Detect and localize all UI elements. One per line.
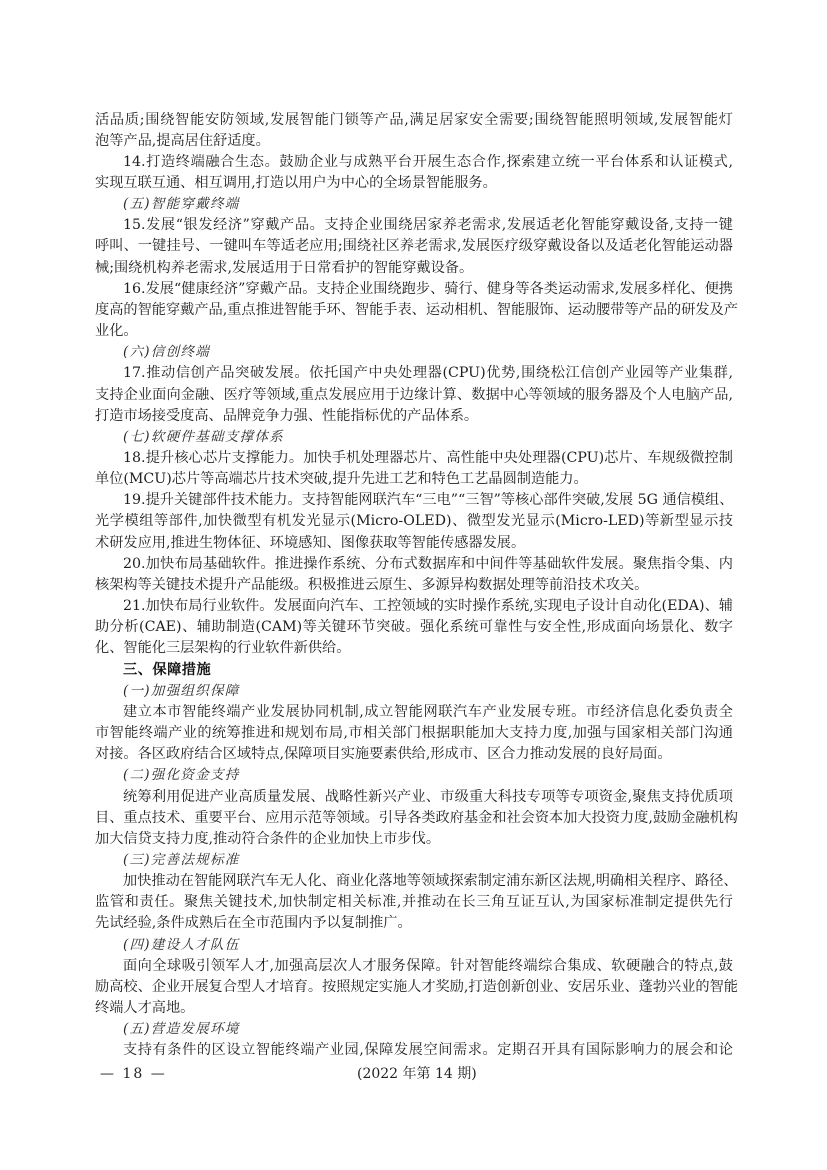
text-line: 面向全球吸引领军人才,加强高层次人才服务保障。针对智能终端综合集成、软硬融合的特… [95, 956, 733, 977]
item-19: 19.提升关键部件技术能力。支持智能网联汽车“三电”“三智”等核心部件突破,发展… [95, 490, 733, 553]
item-14: 14.打造终端融合生态。鼓励企业与成熟平台开展生态合作,探索建立统一平台体系和认… [95, 152, 733, 194]
text-line: 18.提升核心芯片支撑能力。加快手机处理器芯片、高性能中央处理器(CPU)芯片、… [95, 448, 733, 469]
text-line: 目、重点技术、重要平台、应用示范等领域。引导各类政府基金和社会资本加大投资力度,… [95, 808, 733, 829]
text-line: 21.加快布局行业软件。发展面向汽车、工控领域的实时操作系统,实现电子设计自动化… [95, 596, 733, 617]
text-line: 光学模组等部件,加快微型有机发光显示(Micro-OLED)、微型发光显示(Mi… [95, 511, 733, 532]
item-16: 16.发展“健康经济”穿戴产品。支持企业围绕跑步、骑行、健身等各类运动需求,发展… [95, 279, 733, 342]
text-line: 对接。各区政府结合区域特点,保障项目实施要素供给,形成市、区合力推动发展的良好局… [95, 744, 733, 765]
subheading-xinchuang: (六)信创终端 [95, 342, 733, 363]
document-page: 活品质;围绕智能安防领域,发展智能门锁等产品,满足居家安全需要;围绕智能照明领域… [0, 0, 827, 1170]
paragraph-continuation: 活品质;围绕智能安防领域,发展智能门锁等产品,满足居家安全需要;围绕智能照明领域… [95, 110, 733, 152]
text-line: 19.提升关键部件技术能力。支持智能网联汽车“三电”“三智”等核心部件突破,发展… [95, 490, 733, 511]
item-18: 18.提升核心芯片支撑能力。加快手机处理器芯片、高性能中央处理器(CPU)芯片、… [95, 448, 733, 490]
text-line: 励高校、企业开展复合型人才培育。按照规定实施人才奖励,打造创新创业、安居乐业、蓬… [95, 977, 733, 998]
subheading-funding: (二)强化资金支持 [95, 765, 733, 786]
paragraph-organization: 建立本市智能终端产业发展协同机制,成立智能网联汽车产业发展专班。市经济信息化委负… [95, 702, 733, 765]
text-line: 支持有条件的区设立智能终端产业园,保障发展空间需求。定期召开具有国际影响力的展会… [95, 1040, 733, 1061]
item-15: 15.发展“银发经济”穿戴产品。支持企业围绕居家养老需求,发展适老化智能穿戴设备… [95, 215, 733, 278]
text-line: 活品质;围绕智能安防领域,发展智能门锁等产品,满足居家安全需要;围绕智能照明领域… [95, 110, 733, 131]
subheading-environment: (五)营造发展环境 [95, 1019, 733, 1040]
issue-label: (2022 年第 14 期) [357, 1063, 477, 1085]
paragraph-regulations: 加快推动在智能网联汽车无人化、商业化落地等领域探索制定浦东新区法规,明确相关程序… [95, 871, 733, 934]
page-number: — 18 — [100, 1063, 167, 1085]
text-line: 支持企业面向金融、医疗等领域,重点发展应用于边缘计算、数据中心等领域的服务器及个… [95, 385, 733, 406]
text-line: 先试经验,条件成熟后在全市范围内予以复制推广。 [95, 913, 733, 934]
text-line: 实现互联互通、相互调用,打造以用户为中心的全场景智能服务。 [95, 173, 733, 194]
text-line: 统筹利用促进产业高质量发展、战略性新兴产业、市级重大科技专项等专项资金,聚焦支持… [95, 787, 733, 808]
text-line: 16.发展“健康经济”穿戴产品。支持企业围绕跑步、骑行、健身等各类运动需求,发展… [95, 279, 733, 300]
item-20: 20.加快布局基础软件。推进操作系统、分布式数据库和中间件等基础软件发展。聚焦指… [95, 554, 733, 596]
subheading-organization: (一)加强组织保障 [95, 681, 733, 702]
text-line: 核架构等关键技术提升产品能级。积极推进云原生、多源异构数据处理等前沿技术攻关。 [95, 575, 733, 596]
text-line: 14.打造终端融合生态。鼓励企业与成熟平台开展生态合作,探索建立统一平台体系和认… [95, 152, 733, 173]
text-line: 打造市场接受度高、品牌竞争力强、性能指标优的产品体系。 [95, 406, 733, 427]
text-line: 术研发应用,推进生物体征、环境感知、图像获取等智能传感器发展。 [95, 533, 733, 554]
subheading-software-hardware: (七)软硬件基础支撑体系 [95, 427, 733, 448]
text-line: 业化。 [95, 321, 733, 342]
text-line: 加快推动在智能网联汽车无人化、商业化落地等领域探索制定浦东新区法规,明确相关程序… [95, 871, 733, 892]
text-line: 15.发展“银发经济”穿戴产品。支持企业围绕居家养老需求,发展适老化智能穿戴设备… [95, 215, 733, 236]
paragraph-talent: 面向全球吸引领军人才,加强高层次人才服务保障。针对智能终端综合集成、软硬融合的特… [95, 956, 733, 1019]
body-text: 活品质;围绕智能安防领域,发展智能门锁等产品,满足居家安全需要;围绕智能照明领域… [95, 110, 733, 1062]
text-line: 监管和责任。聚焦关键技术,加快制定相关标准,并推动在长三角互证互认,为国家标准制… [95, 892, 733, 913]
text-line: 助分析(CAE)、辅助制造(CAM)等关键环节突破。强化系统可靠性与安全性,形成… [95, 617, 733, 638]
text-line: 20.加快布局基础软件。推进操作系统、分布式数据库和中间件等基础软件发展。聚焦指… [95, 554, 733, 575]
text-line: 械;围绕机构养老需求,发展适用于日常看护的智能穿戴设备。 [95, 258, 733, 279]
text-line: 加大信贷支持力度,推动符合条件的企业加快上市步伐。 [95, 829, 733, 850]
text-line: 呼叫、一键挂号、一键叫车等适老应用;围绕社区养老需求,发展医疗级穿戴设备以及适老… [95, 236, 733, 257]
item-17: 17.推动信创产品突破发展。依托国产中央处理器(CPU)优势,围绕松江信创产业园… [95, 363, 733, 426]
text-line: 单位(MCU)芯片等高端芯片技术突破,提升先进工艺和特色工艺晶圆制造能力。 [95, 469, 733, 490]
section-heading-safeguards: 三、保障措施 [95, 660, 733, 681]
text-line: 终端人才高地。 [95, 998, 733, 1019]
subheading-regulations: (三)完善法规标准 [95, 850, 733, 871]
subheading-talent: (四)建设人才队伍 [95, 935, 733, 956]
text-line: 化、智能化三层架构的行业软件新供给。 [95, 638, 733, 659]
subheading-wearables: (五)智能穿戴终端 [95, 194, 733, 215]
text-line: 度高的智能穿戴产品,重点推进智能手环、智能手表、运动相机、智能服饰、运动腰带等产… [95, 300, 733, 321]
text-line: 泡等产品,提高居住舒适度。 [95, 131, 733, 152]
paragraph-funding: 统筹利用促进产业高质量发展、战略性新兴产业、市级重大科技专项等专项资金,聚焦支持… [95, 787, 733, 850]
paragraph-environment: 支持有条件的区设立智能终端产业园,保障发展空间需求。定期召开具有国际影响力的展会… [95, 1040, 733, 1061]
text-line: 建立本市智能终端产业发展协同机制,成立智能网联汽车产业发展专班。市经济信息化委负… [95, 702, 733, 723]
text-line: 市智能终端产业的统筹推进和规划布局,市相关部门根据职能加大支持力度,加强与国家相… [95, 723, 733, 744]
page-footer: — 18 — (2022 年第 14 期) [0, 1063, 827, 1085]
item-21: 21.加快布局行业软件。发展面向汽车、工控领域的实时操作系统,实现电子设计自动化… [95, 596, 733, 659]
text-line: 17.推动信创产品突破发展。依托国产中央处理器(CPU)优势,围绕松江信创产业园… [95, 363, 733, 384]
